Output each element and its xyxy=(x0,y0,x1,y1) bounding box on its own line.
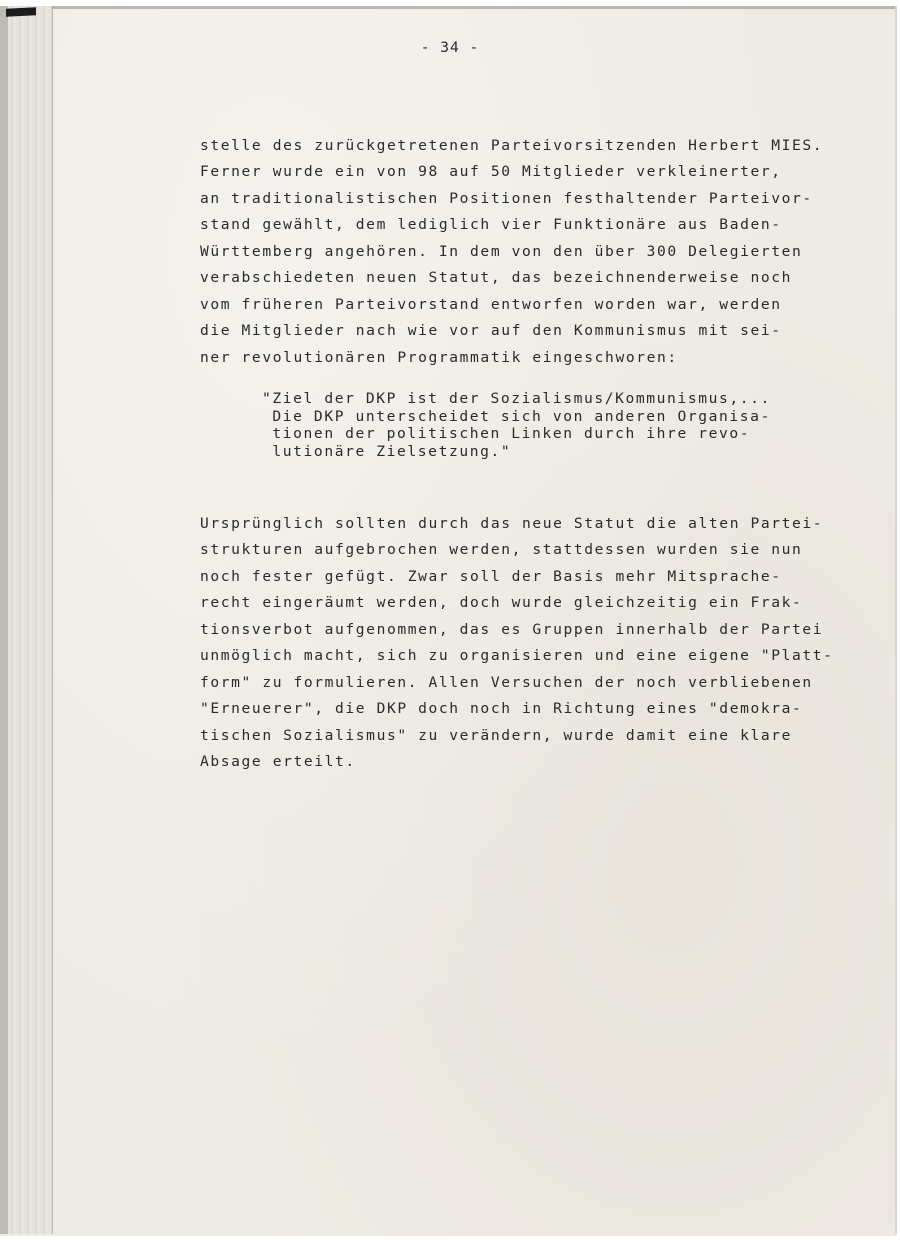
page-stack-shadow xyxy=(0,6,8,1234)
text-line: strukturen aufgebrochen werden, stattdes… xyxy=(200,537,834,564)
text-line: Ursprünglich sollten durch das neue Stat… xyxy=(200,511,834,538)
paragraph-2: Ursprünglich sollten durch das neue Stat… xyxy=(200,484,834,776)
page-top-edge xyxy=(52,6,897,9)
text-line: stelle des zurückgetretenen Parteivorsit… xyxy=(200,133,823,160)
quote-line: "Ziel der DKP ist der Sozialismus/Kommun… xyxy=(262,390,771,407)
paragraph-1: stelle des zurückgetretenen Parteivorsit… xyxy=(200,106,823,371)
text-line: form" zu formulieren. Allen Versuchen de… xyxy=(200,670,834,697)
text-line: Ferner wurde ein von 98 auf 50 Mitgliede… xyxy=(200,159,823,186)
block-quote: "Ziel der DKP ist der Sozialismus/Kommun… xyxy=(262,373,771,460)
corner-clip-mark xyxy=(6,7,36,17)
page-stack-edges xyxy=(8,6,53,1234)
text-line: verabschiedeten neuen Statut, das bezeic… xyxy=(200,265,823,292)
text-line: tionsverbot aufgenommen, das es Gruppen … xyxy=(200,617,834,644)
text-line: ner revolutionären Programmatik eingesch… xyxy=(200,345,823,372)
page-right-edge xyxy=(895,6,897,1234)
text-line: an traditionalistischen Positionen festh… xyxy=(200,186,823,213)
text-line: vom früheren Parteivorstand entworfen wo… xyxy=(200,292,823,319)
quote-line: Die DKP unterscheidet sich von anderen O… xyxy=(262,408,771,425)
text-line: stand gewählt, dem lediglich vier Funkti… xyxy=(200,212,823,239)
quote-line: tionen der politischen Linken durch ihre… xyxy=(262,425,771,442)
text-line: "Erneuerer", die DKP doch noch in Richtu… xyxy=(200,696,834,723)
text-line: recht eingeräumt werden, doch wurde glei… xyxy=(200,590,834,617)
quote-line: lutionäre Zielsetzung." xyxy=(262,443,771,460)
text-line: die Mitglieder nach wie vor auf den Komm… xyxy=(200,318,823,345)
text-line: noch fester gefügt. Zwar soll der Basis … xyxy=(200,564,834,591)
page-number: - 34 - xyxy=(0,40,900,56)
text-line: tischen Sozialismus" zu verändern, wurde… xyxy=(200,723,834,750)
text-line: Absage erteilt. xyxy=(200,749,834,776)
text-line: unmöglich macht, sich zu organisieren un… xyxy=(200,643,834,670)
text-line: Württemberg angehören. In dem von den üb… xyxy=(200,239,823,266)
